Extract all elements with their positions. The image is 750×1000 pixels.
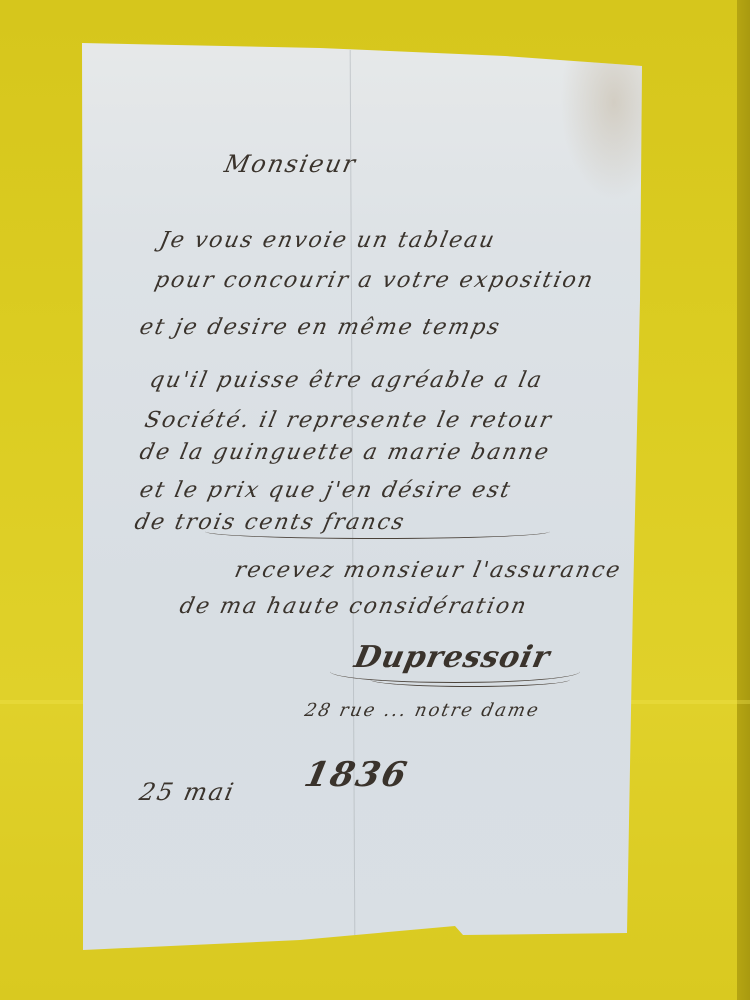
body-line: Je vous envoie un tableau bbox=[157, 228, 498, 253]
salutation: Monsieur bbox=[222, 150, 360, 178]
body-line: et je desire en même temps bbox=[137, 315, 503, 340]
paper-stain bbox=[560, 60, 650, 200]
closing-line: recevez monsieur l'assurance bbox=[232, 558, 624, 583]
body-line: pour concourir a votre exposition bbox=[152, 268, 596, 293]
body-line: qu'il puisse être agréable a la bbox=[147, 368, 545, 393]
address: 28 rue ... notre dame bbox=[303, 700, 542, 721]
signature-flourish bbox=[370, 672, 570, 687]
body-line: de la guinguette a marie banne bbox=[137, 440, 552, 465]
background-edge bbox=[737, 0, 750, 1000]
body-line: et le prix que j'en désire est bbox=[137, 478, 514, 503]
date-day-month: 25 mai bbox=[137, 778, 238, 806]
closing-line: de ma haute considération bbox=[177, 594, 530, 619]
underline-flourish bbox=[205, 524, 550, 539]
date-year: 1836 bbox=[301, 755, 412, 795]
body-line: Société. il represente le retour bbox=[142, 408, 555, 433]
